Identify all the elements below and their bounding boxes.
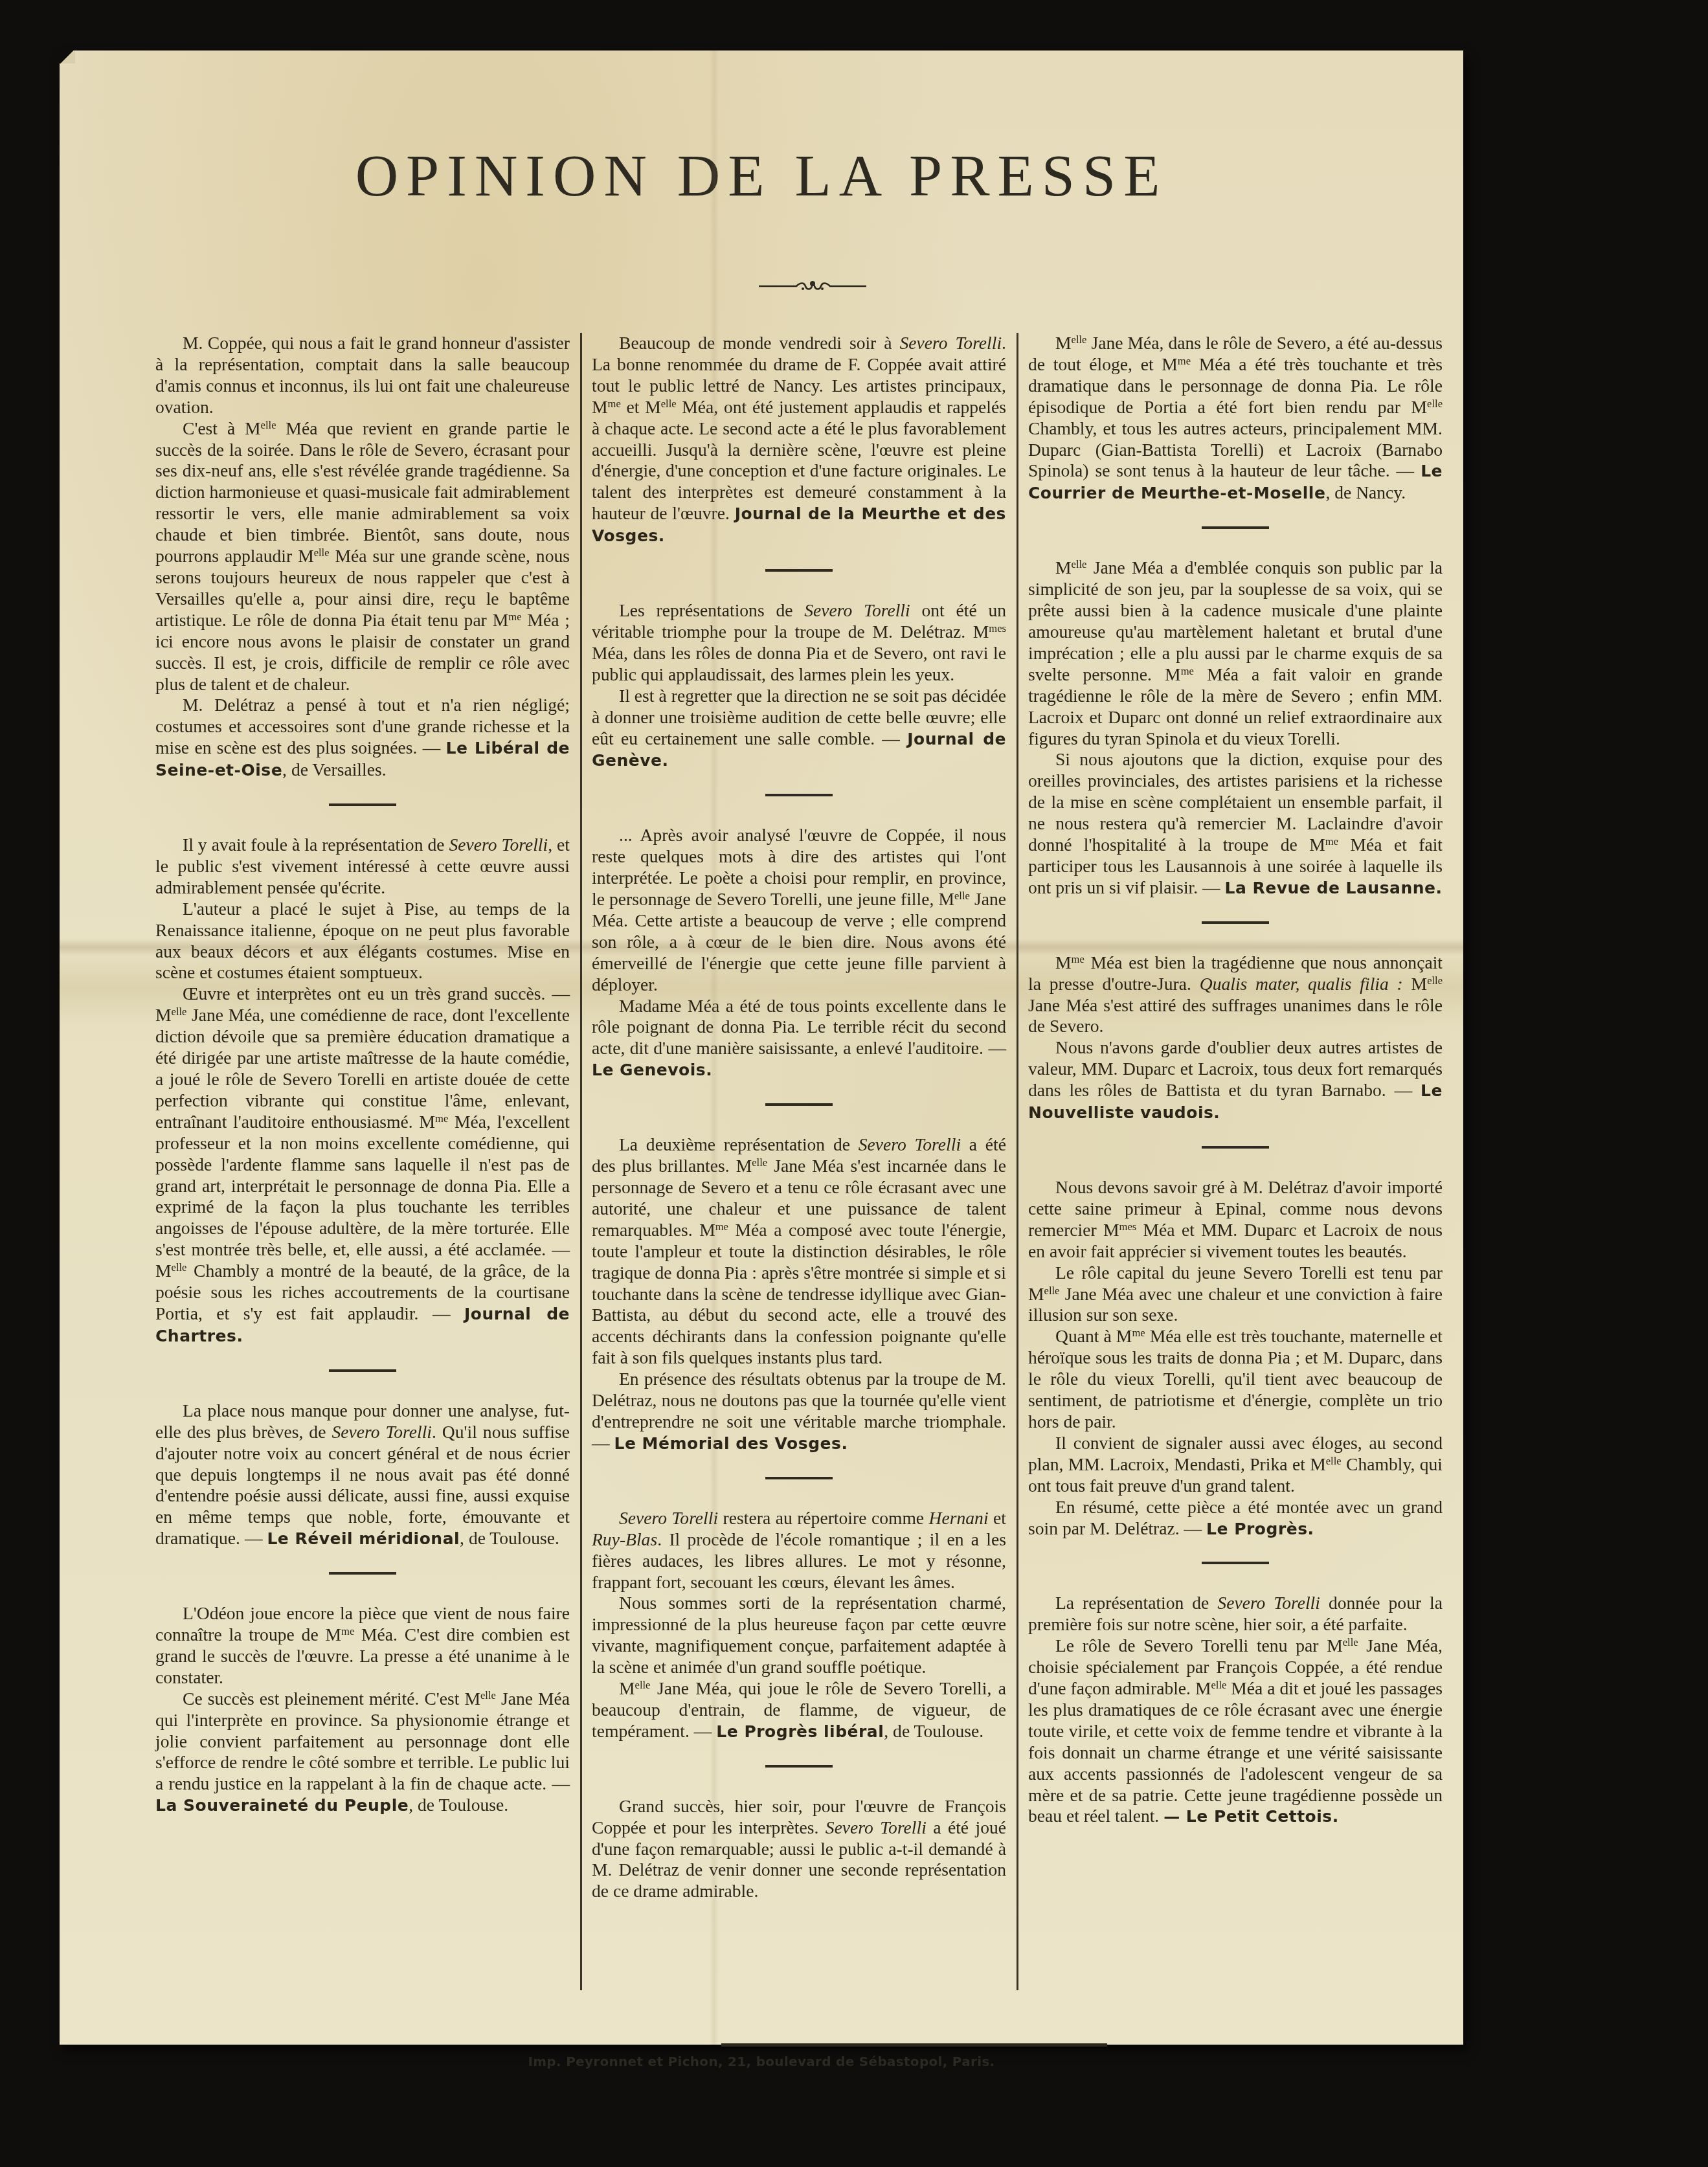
press-excerpt: Grand succès, hier soir, pour l'œuvre de…: [592, 1796, 1006, 1903]
italic-title: Severo Torelli: [826, 1817, 927, 1837]
honorific-superscript: elle: [752, 1156, 767, 1169]
ornament-flourish-icon: [759, 277, 866, 293]
newspaper-source: Le Progrès.: [1206, 1520, 1314, 1538]
excerpt-paragraph: Beaucoup de monde vendredi soir à Severo…: [592, 333, 1006, 547]
excerpt-paragraph: Il convient de signaler aussi avec éloge…: [1028, 1433, 1443, 1497]
excerpt-paragraph: Les représentations de Severo Torelli on…: [592, 600, 1006, 686]
press-excerpt: L'Odéon joue encore la pièce que vient d…: [155, 1603, 570, 1817]
column-right: Melle Jane Méa, dans le rôle de Severo, …: [1028, 333, 1443, 1828]
honorific-superscript: me: [1132, 1327, 1145, 1339]
newspaper-source: — Le Petit Cettois.: [1163, 1807, 1339, 1826]
excerpt-paragraph: Ce succès est pleinement mérité. C'est M…: [155, 1689, 570, 1817]
newspaper-source: Journal de la Meurthe et des Vosges.: [592, 504, 1006, 545]
press-excerpt: Melle Jane Méa, dans le rôle de Severo, …: [1028, 333, 1443, 504]
newspaper-source: La Souveraineté du Peuple: [155, 1796, 409, 1815]
excerpt-paragraph: Melle Jane Méa, dans le rôle de Severo, …: [1028, 333, 1443, 504]
italic-title: Ruy-Blas: [592, 1529, 657, 1549]
column-middle: Beaucoup de monde vendredi soir à Severo…: [592, 333, 1006, 1902]
honorific-superscript: me: [608, 398, 621, 410]
press-excerpt: La place nous manque pour donner une ana…: [155, 1400, 570, 1550]
article-separator: [1202, 526, 1269, 529]
column-divider: [1017, 333, 1018, 1990]
honorific-superscript: elle: [1044, 1284, 1060, 1296]
press-excerpt: Il y avait foule à la représentation de …: [155, 835, 570, 1347]
excerpt-paragraph: Nous sommes sorti de la représentation c…: [592, 1593, 1006, 1678]
newspaper-source: Journal de Chartres.: [155, 1305, 570, 1345]
newspaper-source: Le Mémorial des Vosges.: [614, 1434, 848, 1453]
italic-title: Severo Torelli: [859, 1134, 961, 1154]
italic-title: Severo Torelli: [804, 600, 910, 620]
article-separator: [329, 1572, 396, 1575]
excerpt-paragraph: Melle Jane Méa a d'emblée conquis son pu…: [1028, 557, 1443, 749]
press-excerpt: La représentation de Severo Torelli donn…: [1028, 1593, 1443, 1828]
newspaper-source: La Revue de Lausanne.: [1225, 879, 1443, 897]
article-columns: M. Coppée, qui nous a fait le grand honn…: [155, 333, 1444, 2016]
newspaper-city: , de Toulouse.: [460, 1528, 559, 1548]
press-excerpt: Beaucoup de monde vendredi soir à Severo…: [592, 333, 1006, 547]
excerpt-paragraph: Mme Méa est bien la tragédienne que nous…: [1028, 952, 1443, 1038]
press-sheet: OPINION DE LA PRESSE M. Coppée, qui nous…: [60, 51, 1463, 2045]
honorific-superscript: elle: [261, 419, 276, 431]
excerpt-paragraph: M. Delétraz a pensé à tout et n'a rien n…: [155, 695, 570, 781]
honorific-superscript: elle: [661, 398, 677, 410]
excerpt-paragraph: Il y avait foule à la représentation de …: [155, 835, 570, 899]
press-excerpt: La deuxième représentation de Severo Tor…: [592, 1134, 1006, 1455]
article-separator: [329, 1369, 396, 1372]
honorific-superscript: elle: [480, 1689, 496, 1701]
article-separator: [1202, 921, 1269, 924]
folded-corner: [60, 51, 75, 63]
honorific-superscript: me: [1325, 835, 1338, 848]
newspaper-city: , de Toulouse.: [884, 1721, 983, 1741]
honorific-superscript: me: [1072, 953, 1084, 965]
page-title: OPINION DE LA PRESSE: [60, 141, 1463, 210]
article-separator: [765, 1765, 833, 1768]
italic-title: Severo Torelli: [900, 333, 1002, 353]
excerpt-paragraph: L'Odéon joue encore la pièce que vient d…: [155, 1603, 570, 1689]
article-separator: [765, 1103, 833, 1106]
footer-rule: [721, 2043, 1107, 2047]
excerpt-paragraph: Quant à Mme Méa elle est très touchante,…: [1028, 1326, 1443, 1433]
article-separator: [1202, 1146, 1269, 1149]
honorific-superscript: me: [435, 1112, 448, 1125]
column-divider: [580, 333, 582, 1990]
honorific-superscript: elle: [635, 1679, 651, 1691]
italic-title: Severo Torelli: [1217, 1593, 1320, 1613]
honorific-superscript: elle: [1072, 333, 1087, 346]
excerpt-paragraph: M. Coppée, qui nous a fait le grand honn…: [155, 333, 570, 418]
honorific-superscript: elle: [1427, 398, 1443, 410]
printer-imprint: Imp. Peyronnet et Pichon, 21, boulevard …: [60, 2054, 1463, 2069]
article-separator: [765, 794, 833, 796]
excerpt-paragraph: Nous devons savoir gré à M. Delétraz d'a…: [1028, 1177, 1443, 1263]
press-excerpt: Severo Torelli restera au répertoire com…: [592, 1508, 1006, 1743]
article-separator: [765, 569, 833, 572]
excerpt-paragraph: Grand succès, hier soir, pour l'œuvre de…: [592, 1796, 1006, 1903]
excerpt-paragraph: Le rôle de Severo Torelli tenu par Melle…: [1028, 1635, 1443, 1828]
honorific-superscript: me: [1181, 665, 1194, 677]
excerpt-paragraph: Si nous ajoutons que la diction, exquise…: [1028, 749, 1443, 899]
excerpt-paragraph: Il est à regretter que la direction ne s…: [592, 686, 1006, 772]
excerpt-paragraph: La représentation de Severo Torelli donn…: [1028, 1593, 1443, 1635]
honorific-superscript: mes: [1119, 1220, 1137, 1233]
press-excerpt: ... Après avoir analysé l'œuvre de Coppé…: [592, 825, 1006, 1081]
excerpt-paragraph: En présence des résultats obtenus par la…: [592, 1369, 1006, 1455]
press-excerpt: Nous devons savoir gré à M. Delétraz d'a…: [1028, 1177, 1443, 1540]
honorific-superscript: elle: [172, 1005, 187, 1018]
honorific-superscript: me: [1178, 355, 1191, 367]
honorific-superscript: elle: [1343, 1636, 1358, 1648]
press-excerpt: Les représentations de Severo Torelli on…: [592, 600, 1006, 772]
article-separator: [765, 1477, 833, 1479]
press-excerpt: Melle Jane Méa a d'emblée conquis son pu…: [1028, 557, 1443, 899]
italic-title: Severo Torelli: [331, 1422, 432, 1442]
honorific-superscript: elle: [1427, 974, 1443, 987]
honorific-superscript: elle: [954, 890, 970, 902]
excerpt-paragraph: Le rôle capital du jeune Severo Torelli …: [1028, 1263, 1443, 1327]
article-separator: [329, 803, 396, 806]
newspaper-city: , de Toulouse.: [409, 1795, 508, 1815]
press-excerpt: M. Coppée, qui nous a fait le grand honn…: [155, 333, 570, 781]
excerpt-paragraph: Œuvre et interprètes ont eu un très gran…: [155, 983, 570, 1347]
honorific-superscript: elle: [314, 546, 330, 559]
honorific-superscript: me: [715, 1220, 728, 1233]
italic-title: Qualis mater, qualis filia :: [1200, 974, 1403, 994]
honorific-superscript: me: [508, 611, 521, 623]
excerpt-paragraph: Severo Torelli restera au répertoire com…: [592, 1508, 1006, 1593]
italic-title: Severo Torelli: [449, 835, 548, 855]
honorific-superscript: mes: [989, 622, 1006, 634]
newspaper-source: Le Réveil méridional: [267, 1529, 460, 1548]
honorific-superscript: elle: [1326, 1455, 1342, 1467]
newspaper-source: Le Genevois.: [592, 1061, 712, 1079]
newspaper-source: Journal de Genève.: [592, 730, 1006, 770]
excerpt-paragraph: La place nous manque pour donner une ana…: [155, 1400, 570, 1550]
newspaper-city: , de Nancy.: [1325, 482, 1406, 502]
italic-title: Severo Torelli: [619, 1508, 718, 1528]
newspaper-city: , de Versailles.: [282, 759, 386, 780]
honorific-superscript: me: [341, 1625, 354, 1637]
excerpt-paragraph: Nous n'avons garde d'oublier deux autres…: [1028, 1037, 1443, 1124]
honorific-superscript: elle: [1072, 558, 1087, 570]
article-separator: [1202, 1562, 1269, 1564]
honorific-superscript: elle: [1211, 1679, 1226, 1691]
newspaper-source: Le Progrès libéral: [716, 1722, 884, 1741]
excerpt-paragraph: La deuxième représentation de Severo Tor…: [592, 1134, 1006, 1369]
excerpt-paragraph: Melle Jane Méa, qui joue le rôle de Seve…: [592, 1678, 1006, 1743]
column-left: M. Coppée, qui nous a fait le grand honn…: [155, 333, 570, 1817]
excerpt-paragraph: Madame Méa a été de tous points excellen…: [592, 996, 1006, 1082]
italic-title: Hernani: [929, 1508, 989, 1528]
excerpt-paragraph: C'est à Melle Méa que revient en grande …: [155, 418, 570, 695]
press-excerpt: Mme Méa est bien la tragédienne que nous…: [1028, 952, 1443, 1124]
excerpt-paragraph: L'auteur a placé le sujet à Pise, au tem…: [155, 899, 570, 984]
newspaper-source: Le Nouvelliste vaudois.: [1028, 1081, 1443, 1122]
honorific-superscript: elle: [172, 1261, 187, 1274]
excerpt-paragraph: ... Après avoir analysé l'œuvre de Coppé…: [592, 825, 1006, 995]
excerpt-paragraph: En résumé, cette pièce a été montée avec…: [1028, 1497, 1443, 1540]
